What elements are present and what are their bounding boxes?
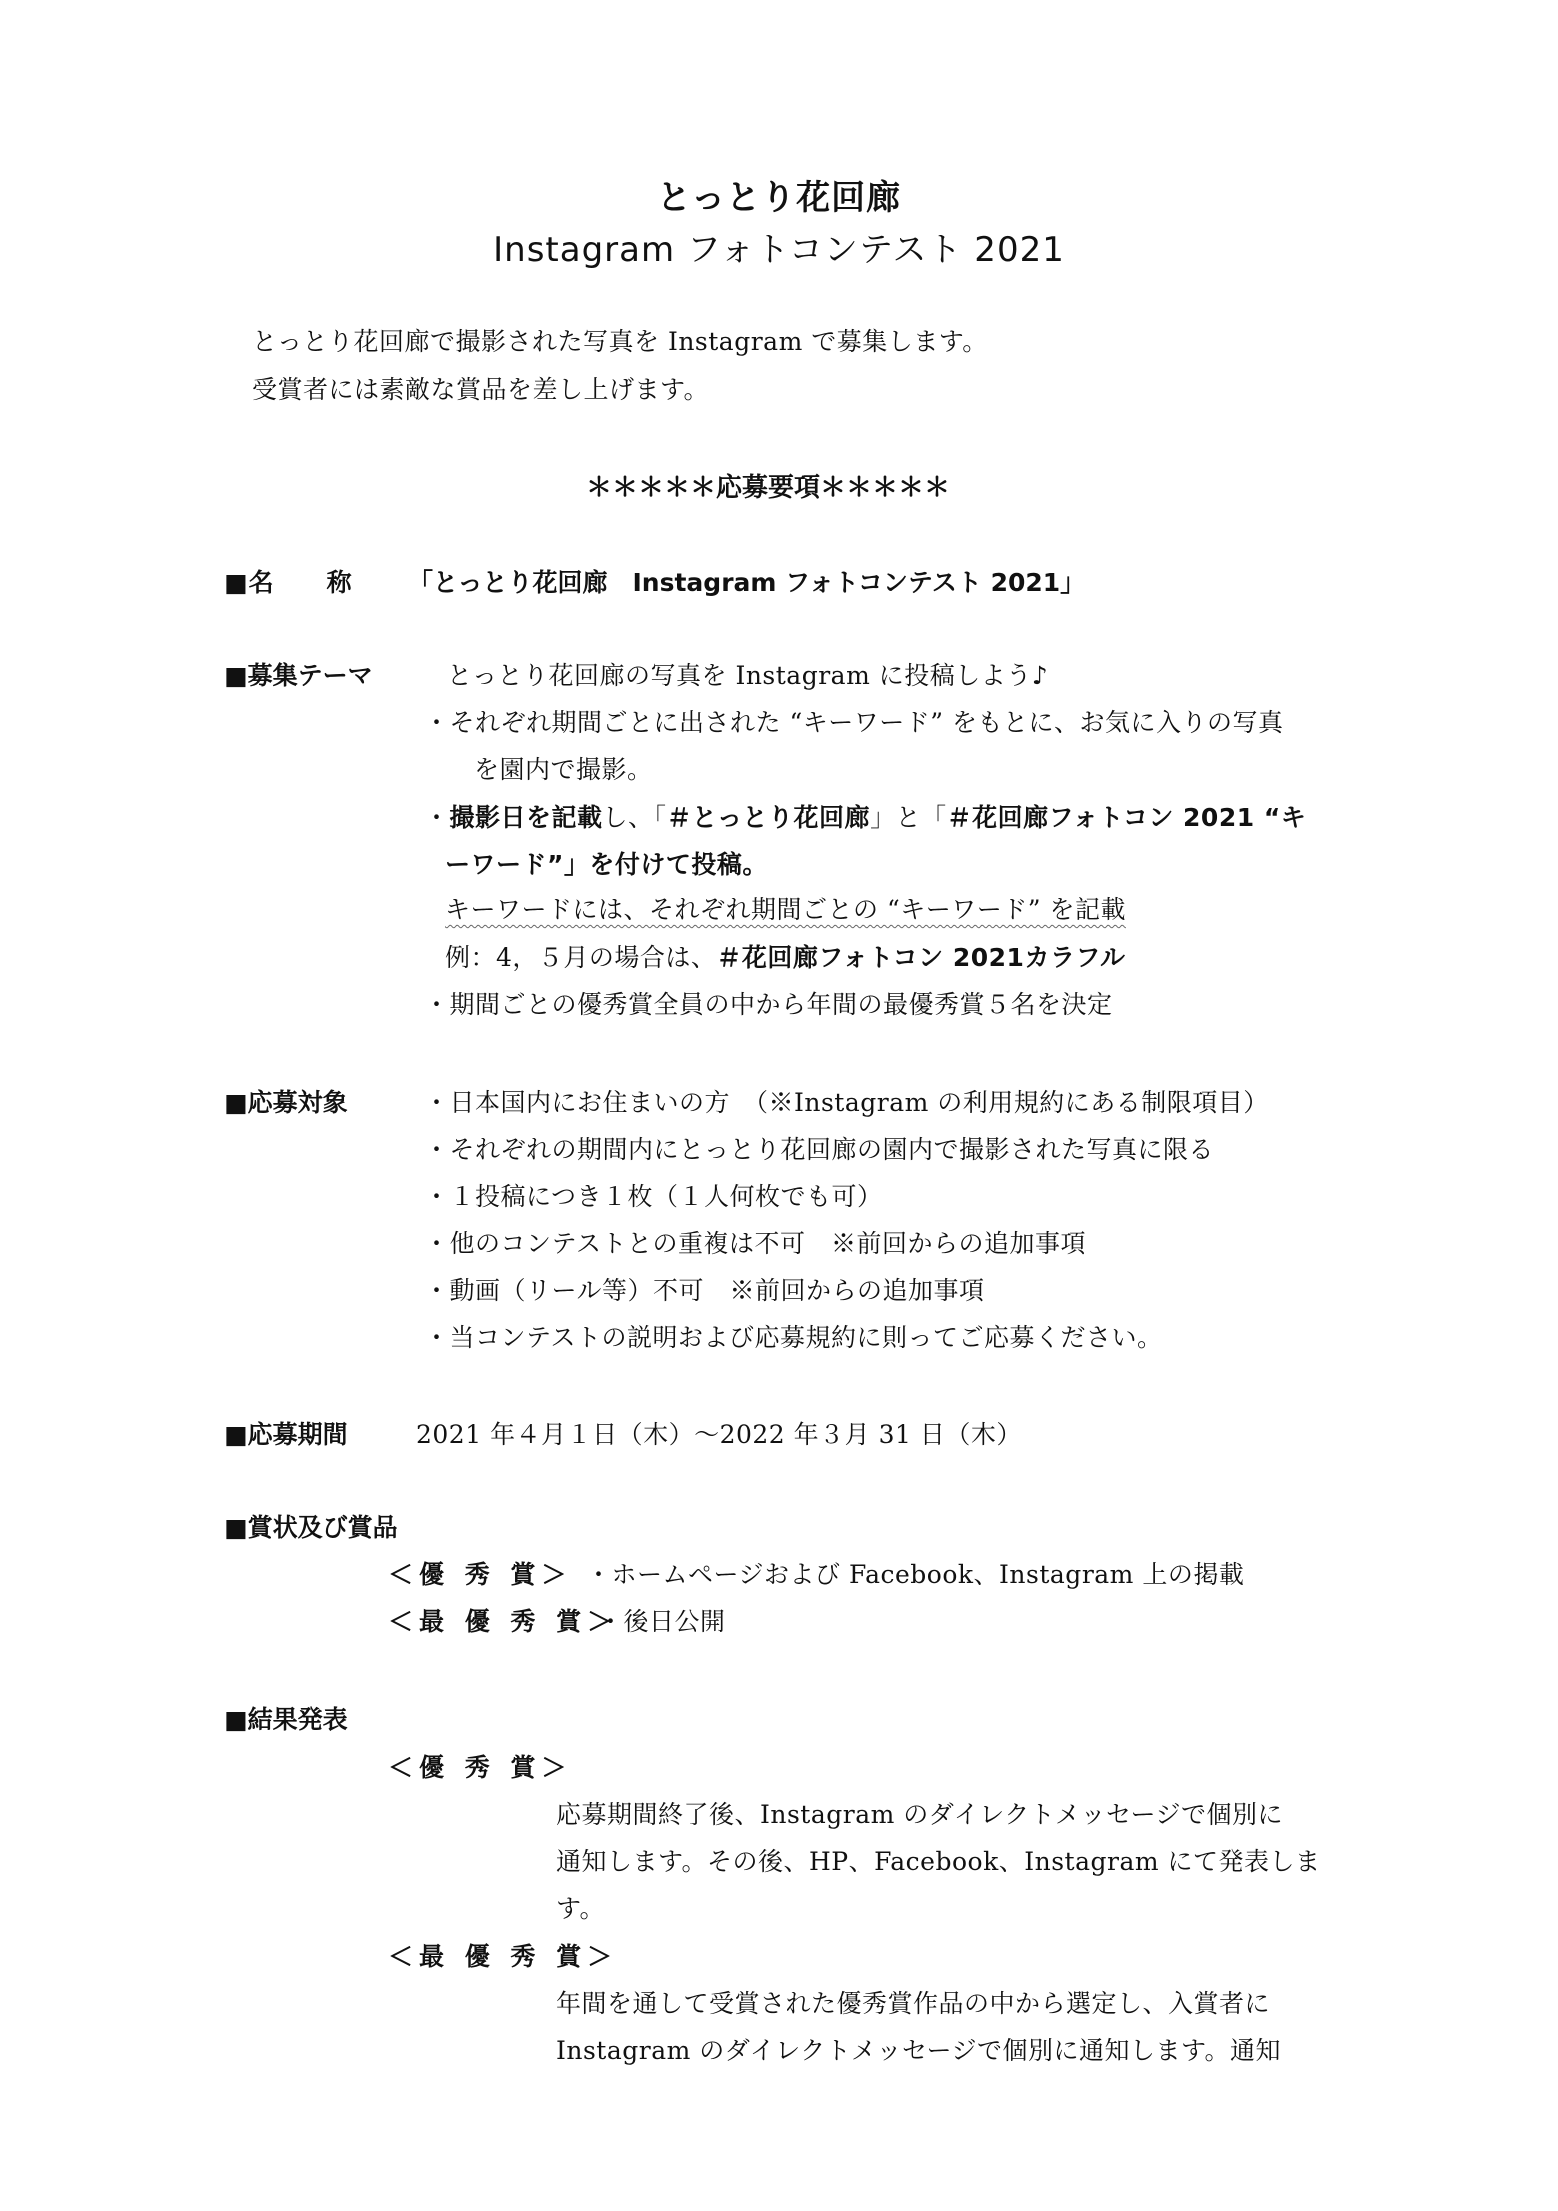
- prize-award-excellence: ＜優 秀 賞＞: [388, 1555, 572, 1591]
- bullet-dot: ・: [424, 803, 450, 832]
- prize-award-grand: ＜最 優 秀 賞＞: [388, 1602, 618, 1638]
- period-label: ■応募期間: [224, 1415, 348, 1451]
- example-keyword: カラフル: [1024, 943, 1125, 972]
- intro-line2: 受賞者には素敵な賞品を差し上げます。: [252, 370, 709, 406]
- eligibility-item: ・他のコンテストとの重複は不可 ※前回からの追加事項: [424, 1224, 1086, 1260]
- document-title-line1: とっとり花回廊: [0, 170, 1558, 219]
- text-segment: “キ: [1255, 803, 1307, 832]
- name-label: ■名 称: [224, 563, 353, 599]
- theme-label: ■募集テーマ: [224, 656, 373, 692]
- eligibility-item: ・１投稿につき１枚（１人何枚でも可）: [424, 1177, 883, 1213]
- result-grand-line: Instagram のダイレクトメッセージで個別に通知します。通知: [556, 2031, 1281, 2067]
- theme-lead: とっとり花回廊の写真を Instagram に投稿しよう♪: [447, 656, 1048, 692]
- example-hashtag: ＃花回廊フォトコン 2021: [716, 943, 1024, 972]
- hashtag-photocon: ＃花回廊フォトコン 2021: [947, 803, 1255, 832]
- result-award-excellence: ＜優 秀 賞＞: [388, 1748, 572, 1784]
- theme-bullet1-line1: ・それぞれ期間ごとに出された “キーワード” をもとに、お気に入りの写真: [424, 703, 1283, 739]
- prize-desc-grand: ・後日公開: [598, 1602, 726, 1638]
- theme-bullet1-line2: を園内で撮影。: [474, 750, 653, 786]
- hashtag-tottori: ＃とっとり花回廊: [667, 803, 871, 832]
- result-excellence-line: す。: [556, 1889, 605, 1925]
- intro-line1: とっとり花回廊で撮影された写真を Instagram で募集します。: [252, 322, 988, 358]
- eligibility-label: ■応募対象: [224, 1083, 348, 1119]
- theme-bullet2-line1: ・撮影日を記載し、「＃とっとり花回廊」と「＃花回廊フォトコン 2021 “キ: [424, 798, 1306, 834]
- results-label: ■結果発表: [224, 1700, 348, 1736]
- period-value: 2021 年４月１日（木）～2022 年３月 31 日（木）: [416, 1415, 1022, 1451]
- theme-bullet3: ・期間ごとの優秀賞全員の中から年間の最優秀賞５名を決定: [424, 985, 1113, 1021]
- section-banner: ＊＊＊＊＊応募要項＊＊＊＊＊: [586, 467, 950, 504]
- eligibility-item: ・動画（リール等）不可 ※前回からの追加事項: [424, 1271, 985, 1307]
- theme-example: 例：4，５月の場合は、＃花回廊フォトコン 2021カラフル: [445, 938, 1125, 974]
- keyword-note: キーワードには、それぞれ期間ごとの “キーワード” を記載: [445, 890, 1126, 926]
- result-excellence-line: 通知します。その後、HP、Facebook、Instagram にて発表しま: [556, 1842, 1321, 1878]
- example-prefix: 例：4，５月の場合は、: [445, 943, 716, 972]
- result-grand-line: 年間を通して受賞された優秀賞作品の中から選定し、入賞者に: [556, 1984, 1270, 2020]
- result-excellence-line: 応募期間終了後、Instagram のダイレクトメッセージで個別に: [556, 1795, 1283, 1831]
- theme-bullet2-line2: ーワード”」を付けて投稿。: [445, 845, 768, 881]
- bold-shooting-date: 撮影日を記載: [450, 803, 603, 832]
- eligibility-item: ・それぞれの期間内にとっとり花回廊の園内で撮影された写真に限る: [424, 1130, 1214, 1166]
- prize-desc-excellence: ・ホームページおよび Facebook、Instagram 上の掲載: [586, 1555, 1244, 1591]
- eligibility-item: ・日本国内にお住まいの方 （※Instagram の利用規約にある制限項目）: [424, 1083, 1269, 1119]
- eligibility-item: ・当コンテストの説明および応募規約に則ってご応募ください。: [424, 1318, 1163, 1354]
- result-award-grand: ＜最 優 秀 賞＞: [388, 1937, 618, 1973]
- prizes-label: ■賞状及び賞品: [224, 1508, 398, 1544]
- text-segment: し、「: [603, 803, 667, 832]
- document-title-line2: Instagram フォトコンテスト 2021: [0, 222, 1558, 271]
- text-segment: 」と「: [870, 803, 947, 832]
- name-value: 「とっとり花回廊 Instagram フォトコンテスト 2021」: [408, 563, 1085, 599]
